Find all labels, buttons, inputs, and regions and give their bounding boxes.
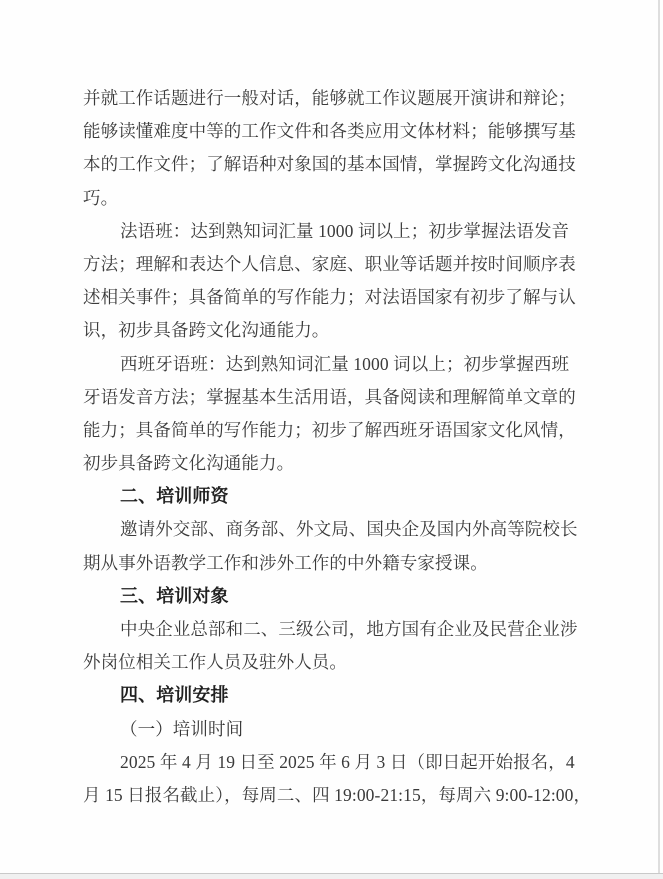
text-line: 能够读懂难度中等的工作文件和各类应用文体材料；能够撰写基 <box>83 115 583 148</box>
section-heading-training-faculty: 二、培训师资 <box>83 480 583 513</box>
text-line: 本的工作文件；了解语种对象国的基本国情，掌握跨文化沟通技 <box>83 148 583 181</box>
text-line: 方法；理解和表达个人信息、家庭、职业等话题并按时间顺序表 <box>83 248 583 281</box>
text-line: 识，初步具备跨文化沟通能力。 <box>83 314 583 347</box>
section-heading-training-schedule: 四、培训安排 <box>83 679 583 712</box>
text-line: 初步具备跨文化沟通能力。 <box>83 447 583 480</box>
scan-page-bottom-edge <box>0 873 663 879</box>
scanned-document-page: 并就工作话题进行一般对话，能够就工作议题展开演讲和辩论； 能够读懂难度中等的工作… <box>0 0 663 879</box>
text-line: 述相关事件；具备简单的写作能力；对法语国家有初步了解与认 <box>83 281 583 314</box>
paragraph-start-spanish-class: 西班牙语班：达到熟知词汇量 1000 词以上；初步掌握西班 <box>83 348 583 381</box>
paragraph-start-audience: 中央企业总部和二、三级公司，地方国有企业及民营企业涉 <box>83 613 583 646</box>
text-line: 月 15 日报名截止），每周二、四 19:00-21:15，每周六 9:00-1… <box>83 779 583 812</box>
section-heading-training-audience: 三、培训对象 <box>83 580 583 613</box>
text-line: 巧。 <box>83 182 583 215</box>
text-line: 能力；具备简单的写作能力；初步了解西班牙语国家文化风情， <box>83 414 583 447</box>
paragraph-start-french-class: 法语班：达到熟知词汇量 1000 词以上；初步掌握法语发音 <box>83 215 583 248</box>
paragraph-start-training-dates: 2025 年 4 月 19 日至 2025 年 6 月 3 日（即日起开始报名，… <box>83 746 583 779</box>
text-line: 期从事外语教学工作和涉外工作的中外籍专家授课。 <box>83 547 583 580</box>
scan-page-right-edge <box>658 0 660 879</box>
subsection-heading-training-time: （一）培训时间 <box>83 713 583 746</box>
paragraph-start-faculty: 邀请外交部、商务部、外文局、国央企及国内外高等院校长 <box>83 513 583 546</box>
text-line: 外岗位相关工作人员及驻外人员。 <box>83 646 583 679</box>
text-line: 牙语发音方法；掌握基本生活用语，具备阅读和理解简单文章的 <box>83 381 583 414</box>
document-text: 并就工作话题进行一般对话，能够就工作议题展开演讲和辩论； 能够读懂难度中等的工作… <box>83 82 583 812</box>
text-line: 并就工作话题进行一般对话，能够就工作议题展开演讲和辩论； <box>83 82 583 115</box>
